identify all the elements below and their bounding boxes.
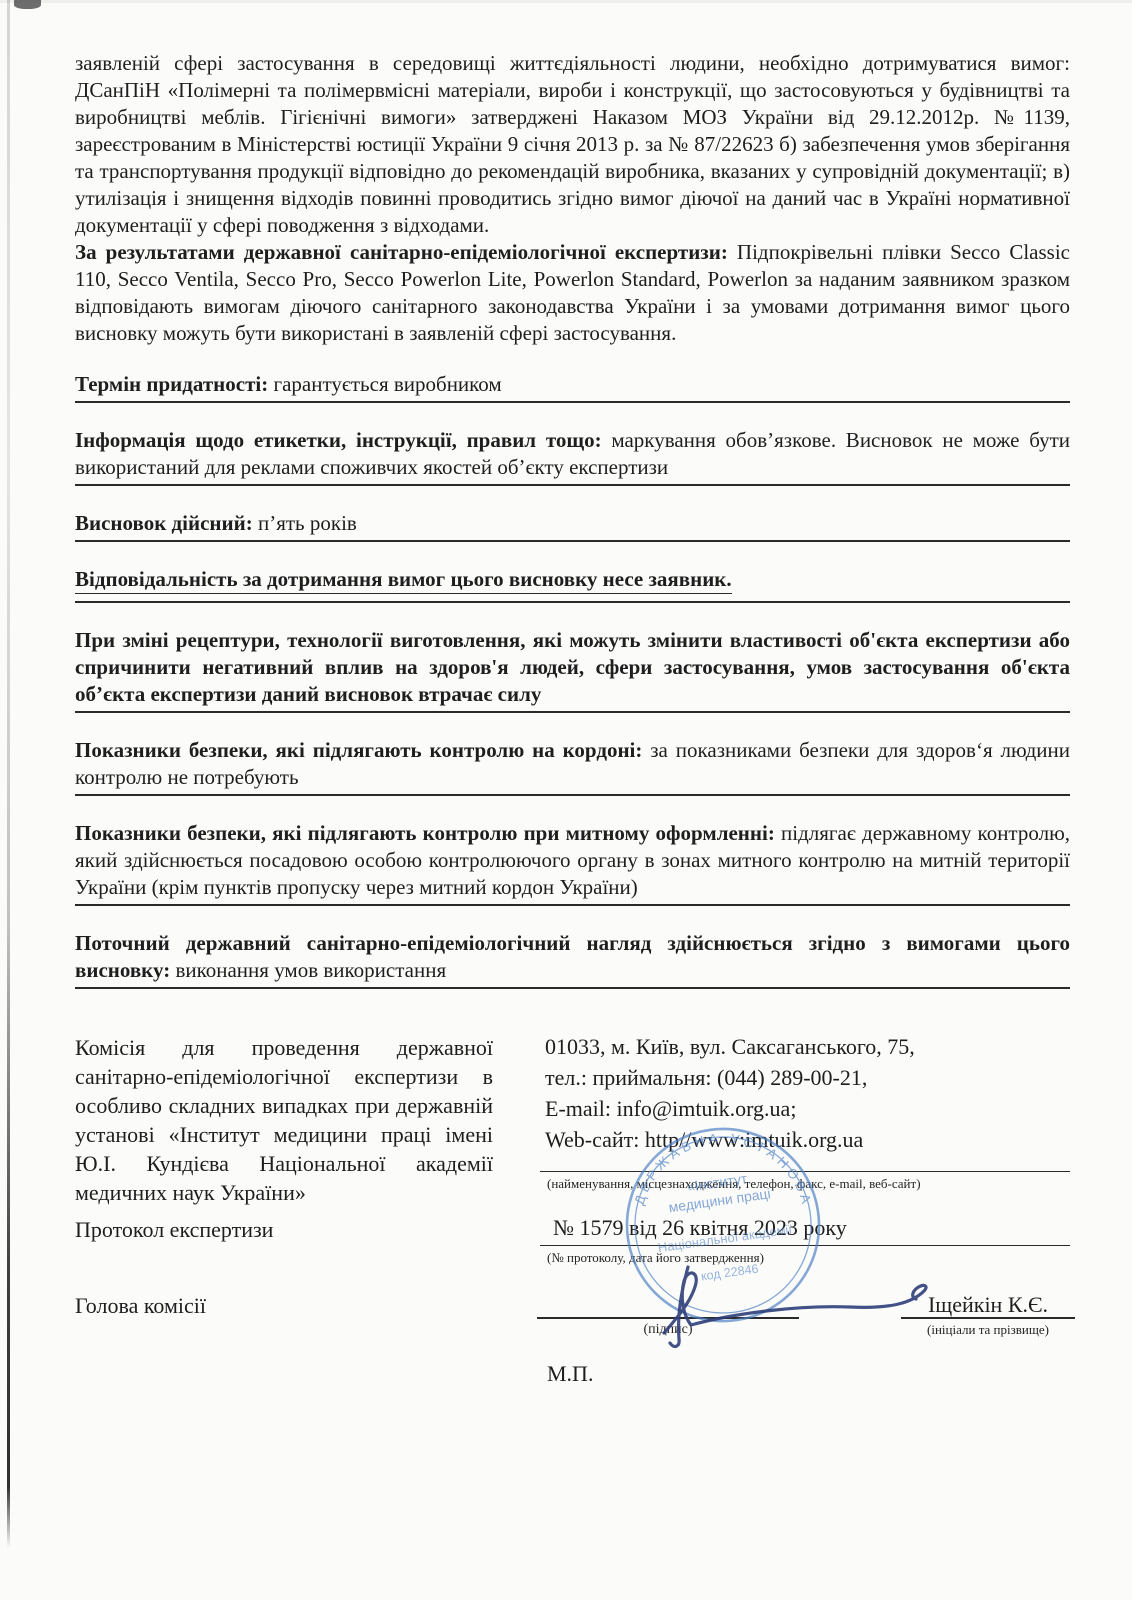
validity-text: п’ять років bbox=[253, 511, 357, 535]
section-validity: Висновок дійсний: п’ять років bbox=[75, 510, 1070, 542]
label-info-label: Інформація щодо етикетки, інструкції, пр… bbox=[75, 428, 602, 452]
stamp-text-line: Національної академії bbox=[657, 1221, 793, 1255]
shelf-life-text: гарантується виробником bbox=[268, 372, 501, 396]
phone-line: тел.: приймальня: (044) 289-00-21, bbox=[545, 1062, 1075, 1093]
commission-description: Комісія для проведення державної санітар… bbox=[75, 1033, 493, 1207]
email-line: E-mail: info@imtuik.org.ua; bbox=[545, 1093, 1075, 1124]
paragraph-expertise-results: За результатами державної санітарно-епід… bbox=[75, 239, 1070, 347]
current-supervision-text: виконання умов використання bbox=[170, 958, 446, 982]
section-current-supervision: Поточний державний санітарно-епідеміолог… bbox=[75, 930, 1070, 989]
document-content: заявленій сфері застосування в середовищ… bbox=[0, 0, 1132, 1573]
section-customs-control: Показники безпеки, які підлягають контро… bbox=[75, 820, 1070, 906]
border-control-label: Показники безпеки, які підлягають контро… bbox=[75, 738, 642, 762]
shelf-life-label: Термін придатності: bbox=[75, 372, 268, 396]
protocol-label: Протокол експертизи bbox=[75, 1217, 273, 1243]
footer-block: Комісія для проведення державної санітар… bbox=[75, 1013, 1070, 1573]
validity-label: Висновок дійсний: bbox=[75, 511, 253, 535]
customs-control-label: Показники безпеки, які підлягають контро… bbox=[75, 821, 775, 845]
paragraph-continuation: заявленій сфері застосування в середовищ… bbox=[75, 50, 1070, 239]
section-recipe-change: При зміні рецептури, технології виготовл… bbox=[75, 627, 1070, 713]
section-responsibility: Відповідальність за дотримання вимог цьо… bbox=[75, 566, 1070, 603]
scan-artifact-corner-smudge bbox=[14, 0, 41, 9]
address-line: 01033, м. Київ, вул. Саксаганського, 75, bbox=[545, 1031, 1075, 1062]
commission-head-label: Голова комісії bbox=[75, 1293, 206, 1319]
section-border-control: Показники безпеки, які підлягають контро… bbox=[75, 737, 1070, 796]
section-shelf-life: Термін придатності: гарантується виробни… bbox=[75, 371, 1070, 403]
recipe-change-text: При зміні рецептури, технології виготовл… bbox=[75, 628, 1070, 706]
signature-scribble bbox=[650, 1257, 950, 1357]
responsibility-label: Відповідальність за дотримання вимог цьо… bbox=[75, 567, 732, 594]
seal-placeholder: М.П. bbox=[547, 1361, 593, 1387]
document-page: заявленій сфері застосування в середовищ… bbox=[0, 0, 1132, 1600]
scan-artifact-top-edge bbox=[0, 0, 1132, 3]
section-label-info: Інформація щодо етикетки, інструкції, пр… bbox=[75, 427, 1070, 486]
expertise-results-label: За результатами державної санітарно-епід… bbox=[75, 240, 728, 264]
scan-artifact-left-edge bbox=[7, 0, 10, 1548]
